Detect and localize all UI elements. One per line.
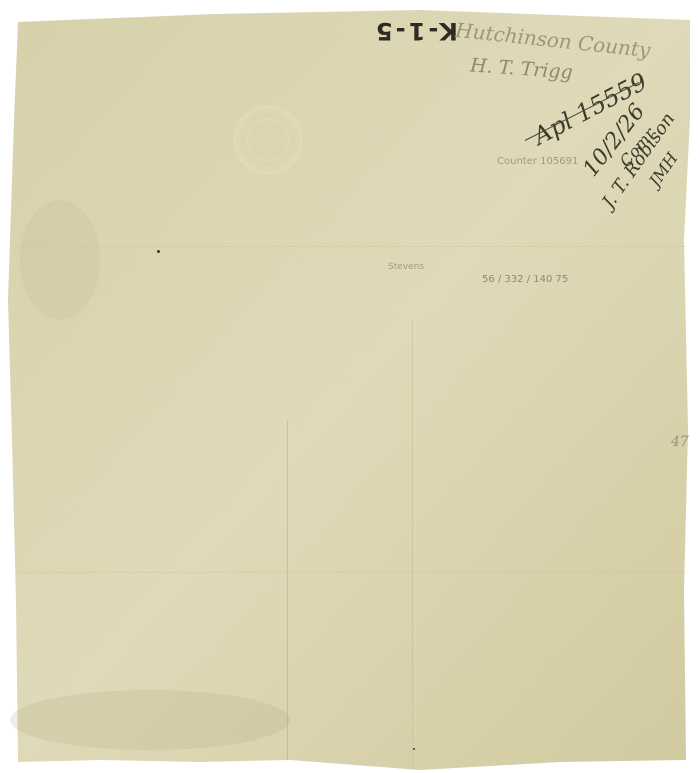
- counter-stamp: Counter 105691: [497, 156, 578, 167]
- ink-speck: [413, 748, 415, 750]
- fold-line: [18, 572, 686, 573]
- fold-line: [287, 420, 288, 760]
- call-number: K-1-5: [373, 17, 458, 45]
- fold-line: [18, 246, 686, 247]
- fold-line: [412, 320, 413, 770]
- embossed-seal: [234, 106, 302, 174]
- faint-mark: Stevens: [388, 262, 424, 272]
- pencil-calculation: 56 / 332 / 140 75: [482, 274, 568, 285]
- ink-speck: [157, 250, 160, 253]
- document-scan: K-1-5 Hutchinson County H. T. Trigg Apl …: [0, 0, 700, 773]
- edge-note: 47: [671, 434, 689, 450]
